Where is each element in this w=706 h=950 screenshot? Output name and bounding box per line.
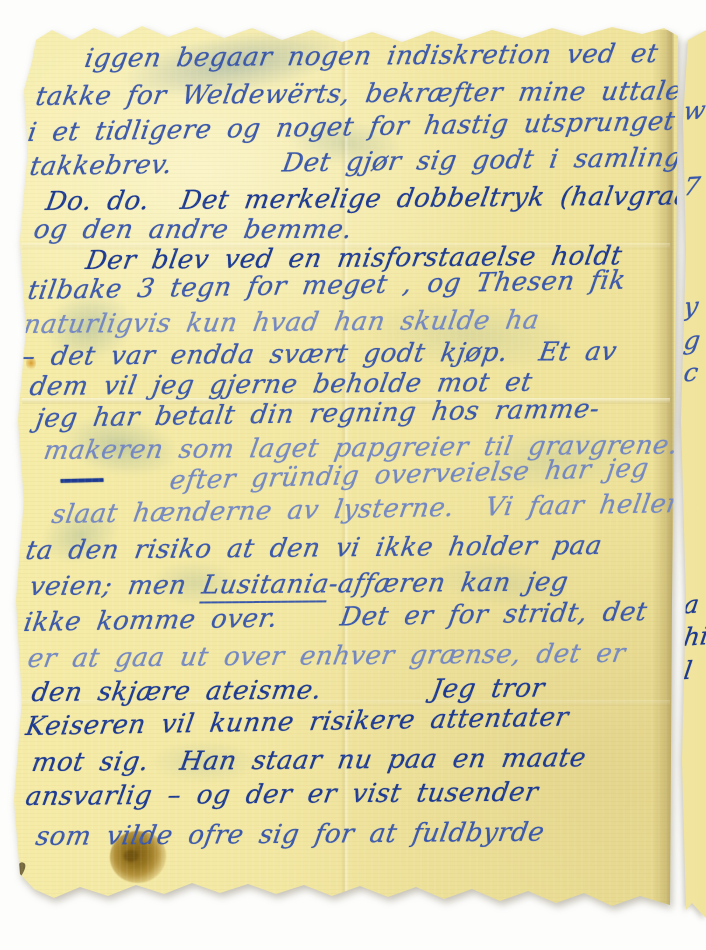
adjacent-page-ink-fragment: a	[682, 590, 701, 620]
adjacent-page-ink-fragment: y	[682, 292, 700, 322]
adjacent-page-ink-fragment: l	[682, 656, 694, 685]
letter-photograph: — iggen begaar nogen indiskretion ved et…	[0, 0, 706, 950]
adjacent-page-ink-fragment: hi	[682, 621, 706, 652]
adjacent-page-ink-fragment: w	[682, 95, 706, 125]
adjacent-page-sliver: w7ygcahil	[0, 0, 706, 950]
adjacent-page-ink-fragment: c	[682, 358, 700, 388]
adjacent-page-surface: w7ygcahil	[0, 0, 706, 950]
adjacent-page-ink-fragment: g	[682, 325, 702, 355]
adjacent-page-ink-fragment: 7	[682, 171, 702, 201]
adjacent-page-fragments: w7ygcahil	[0, 0, 706, 950]
